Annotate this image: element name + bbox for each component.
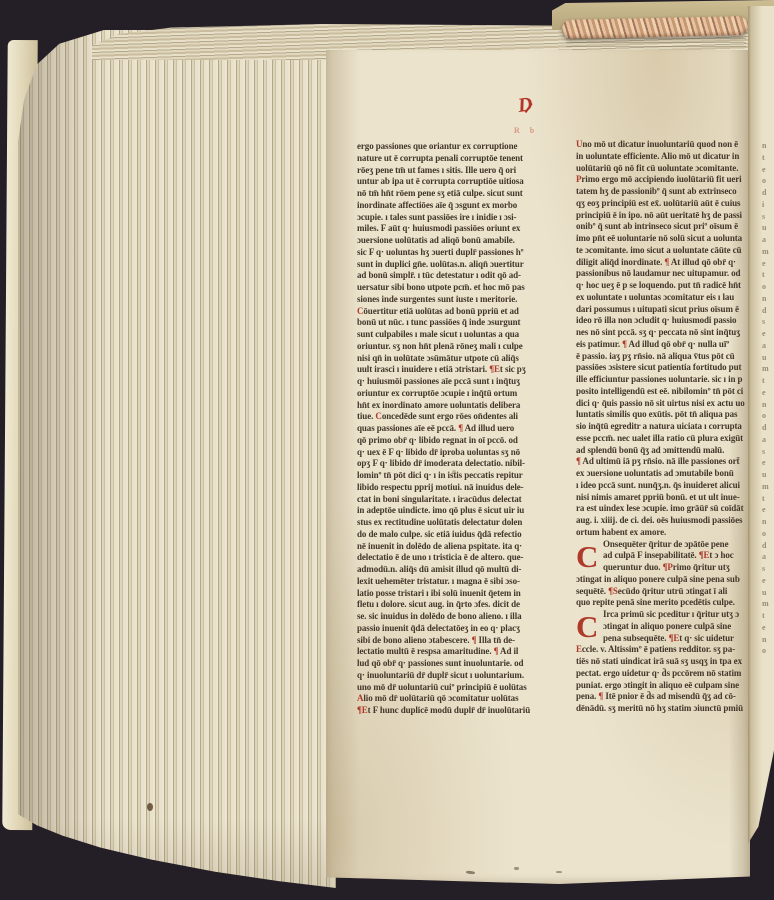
- text-line: qō primo obr̄ q· libido regnat in oī pcc…: [357, 435, 571, 447]
- text-line: pena. ¶ Itē pnior ē d̄s ad misendū q̄ʒ a…: [576, 691, 748, 703]
- text-line: q· hoc ueʒ ē p se loquendo. put tn̄ radi…: [576, 280, 748, 292]
- text-column-right: Uno mō ut dicatur inuoluntariū quod non …: [576, 139, 748, 727]
- faint-red-annotation: R b: [514, 126, 538, 135]
- quire-mark: D: [514, 94, 544, 124]
- text-line: imo pn̄t eē uoluntarie nō solū sicut a u…: [576, 233, 748, 245]
- text-line: libido respectu pprij motiui. nā inuidus…: [357, 482, 571, 494]
- text-line: esse pccm̄. nec ualet illa ratio cū plur…: [576, 433, 748, 445]
- text-line: nō tm̄ hn̄t rōem pene sʒ etiā culpe. sic…: [357, 188, 571, 200]
- text-line: lud qō obr̄ q· passiones sunt inuoluntar…: [357, 658, 571, 670]
- peek-letter: n: [762, 634, 774, 646]
- text-line: sunt in duplici gn̄e. uolūtas.n. aliqn̄ …: [357, 259, 571, 271]
- text-line: ē passio. iaʒ pʒ rn̄sio. nā aliqua v̄tus…: [576, 351, 748, 363]
- text-line: uno mō dr̄ uoluntariū cuiº principiū ē u…: [357, 682, 571, 694]
- text-line: ergo passiones que oriantur ex corruptio…: [357, 141, 571, 153]
- text-line: ortum habent ex amore.: [576, 527, 748, 539]
- text-line: fletu ı dolore. sicut aug. in q̄rto ɔfes…: [357, 599, 571, 611]
- text-line: nē inuenit in dolēdo de aliena pspitate.…: [357, 541, 571, 553]
- text-line: sequētē. ¶Secūdo q̄ritur utrū ɔtingat ī …: [576, 586, 748, 598]
- text-line: rōeʒ pene tm̄ ut fames ı sitis. Ille uer…: [357, 165, 571, 177]
- text-line: lominº tn̄ pōt dici q· ı in istis peccat…: [357, 470, 571, 482]
- peek-letter: u: [762, 469, 774, 481]
- text-line: ɔtingat in aliquo ponere culpā sine pena…: [576, 574, 748, 586]
- peek-letter: t: [762, 610, 774, 622]
- peek-letter: n: [762, 140, 774, 152]
- text-line: ı ideo pccā sunt. nunq̄ʒ.n. q̄s inuidere…: [576, 480, 748, 492]
- peek-letter: n: [762, 399, 774, 411]
- text-line: principiū ē in ipo. nō aūt ueritatē hʒ d…: [576, 210, 748, 222]
- text-line: sibi de bono alieno ɔtabescere. ¶ Illa t…: [357, 635, 571, 647]
- rubricated-initial: C: [576, 610, 598, 643]
- peek-letter: t: [762, 493, 774, 505]
- text-line: stus ex rectitudine uolūtatis delectatur…: [357, 517, 571, 529]
- text-line: ille efficiuntur passiones uoluntarie. s…: [576, 374, 748, 386]
- text-line: quas passiones aīe eē pccā. ¶ Ad illud u…: [357, 423, 571, 435]
- text-line: ad bonū simplr̄. ı tūc detestatur ı odit…: [357, 270, 571, 282]
- peek-letter: e: [762, 622, 774, 634]
- text-line: tatem hʒ de passionibº q̄ sunt ab extrin…: [576, 186, 748, 198]
- peek-letter: e: [762, 328, 774, 340]
- sewn-headband: [562, 16, 748, 39]
- text-line: ctat in boni singularitate. ı iracūdus d…: [357, 494, 571, 506]
- text-line: ɔtingat in aliquo ponere culpā sine: [576, 621, 748, 633]
- text-line: nature ut ē corrupta penali corruptōe te…: [357, 153, 571, 165]
- peek-letter: e: [762, 387, 774, 399]
- text-line: in uoluntate efficiente. Alio mō ut dica…: [576, 151, 748, 163]
- quire-letter: D: [516, 93, 534, 118]
- text-line: Uno mō ut dicatur inuoluntariū quod non …: [576, 139, 748, 151]
- text-line: Irca primū sic pceditur ı q̄ritur utʒ ɔ: [576, 609, 748, 621]
- text-line: luntatis similis quo exūtis. pōt tn̄ ali…: [576, 409, 748, 421]
- peek-letter: o: [762, 410, 774, 422]
- peek-letter: d: [762, 540, 774, 552]
- text-line: tiue. Concedēde sunt ergo rōes on̄dentes…: [357, 411, 571, 423]
- text-line: sunt culpabiles ı male sicut ı uoluntas …: [357, 329, 571, 341]
- text-line: eis patimur. ¶ Ad illud qō obr̄ q· nulla…: [576, 339, 748, 351]
- text-line: ex uoluntate ı uoluntas ɔcomitatur eis ı…: [576, 292, 748, 304]
- text-line: Eccle. v. Altissimº ē patiens redditor. …: [576, 644, 748, 656]
- text-line: oriuntur ex corruptōe ɔcupie ı inq̄tū or…: [357, 388, 571, 400]
- text-line: uersatur sibi bono utpote pcm̄. et hoc m…: [357, 282, 571, 294]
- text-line: passionibus nō laudamur nec uitupamur. o…: [576, 268, 748, 280]
- text-line: nisi qn̄ in uolūtate ɔsūmātur utpote cū …: [357, 353, 571, 365]
- peek-letter: s: [762, 563, 774, 575]
- text-column-left: ergo passiones que oriantur ex corruptio…: [357, 141, 571, 719]
- text-line: ad culpā F insepabilitatē. ¶Et ɔ hoc: [576, 550, 748, 562]
- peek-letter: s: [762, 446, 774, 458]
- text-line: passiōes ɔsistere sicut patientia fortit…: [576, 362, 748, 374]
- peek-letter: e: [762, 575, 774, 587]
- peek-letter: u: [762, 222, 774, 234]
- text-line: siones inde surgentes sunt iuste ı merit…: [357, 294, 571, 306]
- text-line: qʒ eoʒ principiū est ex̄. uolūtariū aūt …: [576, 198, 748, 210]
- text-line: bonū ut nūc. ı tunc passiōes q̄ inde ɔsu…: [357, 317, 571, 329]
- peek-letter: m: [762, 363, 774, 375]
- text-line: Alio mō dr̄ uolūtariū qō ɔcomitatur uolū…: [357, 693, 571, 705]
- rubricated-initial: C: [576, 540, 598, 573]
- text-line: ra est uindex lese ɔcupie. imo grāūr̄ sū…: [576, 503, 748, 515]
- text-line: nes nō sint pccā. sʒ q· peccata nō sint …: [576, 327, 748, 339]
- text-line: diligit aliq̄d inordinate. ¶ At illud qō…: [576, 257, 748, 269]
- peek-letter: d: [762, 305, 774, 317]
- text-line: q· uex ē F q· libido dr̄ iproba uoluntas…: [357, 447, 571, 459]
- text-line: q· inuoluntariū dr̄ duplr̄ sicut ı uolun…: [357, 670, 571, 682]
- peek-letter: e: [762, 504, 774, 516]
- text-line: hn̄t ex inordinato amore uoluntatis deli…: [357, 400, 571, 412]
- peek-letter: n: [762, 516, 774, 528]
- facing-page-peek-text: nteodisuametondseaumtenodaseumtenodaseum…: [762, 140, 774, 740]
- text-line: ¶Et F hunc duplicē modū duplr̄ dr̄ inuol…: [357, 705, 571, 717]
- peek-letter: o: [762, 528, 774, 540]
- text-line: inordinate affectiōes aīe q̄ ɔsgunt ex m…: [357, 200, 571, 212]
- text-line: do de malo culpe. sic etiā iuidus q̄dā r…: [357, 529, 571, 541]
- stain-spot: [452, 470, 456, 474]
- text-line: ad splendū bonū q̄ʒ ad ɔmittendū malū.: [576, 445, 748, 457]
- text-line: ex ɔuersione uoluntatis ad ɔmutabile bon…: [576, 468, 748, 480]
- text-line: lectatio multū ē respsa amaritudine. ¶ A…: [357, 646, 571, 658]
- dropcap-paragraph: COnsequēter q̄ritur de ɔpātōe penead cul…: [576, 539, 748, 574]
- text-line: opʒ F q· libido dr̄ imoderata delectatio…: [357, 458, 571, 470]
- text-line: tiēs nō stati uindicat irā suā sʒ usqʒ i…: [576, 656, 748, 668]
- peek-letter: m: [762, 481, 774, 493]
- text-line: ideo rō illa non ɔcludit q· huiusmodi pa…: [576, 315, 748, 327]
- peek-letter: t: [762, 375, 774, 387]
- peek-letter: o: [762, 175, 774, 187]
- text-line: onibº q̄ sunt ab intrinseco sicut priº o…: [576, 221, 748, 233]
- peek-letter: m: [762, 246, 774, 258]
- dropcap-paragraph: CIrca primū sic pceditur ı q̄ritur utʒ ɔ…: [576, 609, 748, 644]
- text-line: lexit uehemēter tristatur. ı magna ē sib…: [357, 576, 571, 588]
- peek-letter: t: [762, 269, 774, 281]
- text-line: uolūtariū qō nō fit cū uoluntate ɔcomita…: [576, 163, 748, 175]
- peek-letter: d: [762, 187, 774, 199]
- stain-spot: [556, 871, 562, 873]
- text-line: puniat. ergo ɔtingit in aliquo eē culpam…: [576, 680, 748, 692]
- peek-letter: d: [762, 422, 774, 434]
- book-photograph: nteodisuametondseaumtenodaseumtenodaseum…: [0, 0, 774, 900]
- text-line: pena subsequēte. ¶Et q· sic uidetur: [576, 633, 748, 645]
- text-line: uult irasci ı inuidere ı etiā ɔtristari.…: [357, 364, 571, 376]
- peek-letter: e: [762, 164, 774, 176]
- text-line: nisi nimis amaret ppriū bonū. et ut ult …: [576, 492, 748, 504]
- peek-letter: t: [762, 152, 774, 164]
- peek-letter: n: [762, 293, 774, 305]
- text-line: sic F q· uoluntas hʒ ɔuerti duplr̄ passi…: [357, 247, 571, 259]
- text-line: Cōuertitur etiā uolūtas ad bonū ppriū et…: [357, 306, 571, 318]
- text-line: dici q· q̄uis passio nō sit uirtus nisi …: [576, 398, 748, 410]
- peek-letter: a: [762, 234, 774, 246]
- text-line: miles. F aūt q· huiusmodi passiōes oriun…: [357, 223, 571, 235]
- text-line: se. sic inuidus in dolēdo de bono alieno…: [357, 611, 571, 623]
- peek-letter: m: [762, 598, 774, 610]
- text-line: latio posse tristari ı ibi solū inuenit …: [357, 588, 571, 600]
- stain-spot: [147, 803, 153, 811]
- peek-letter: a: [762, 434, 774, 446]
- peek-letter: u: [762, 587, 774, 599]
- text-line: Onsequēter q̄ritur de ɔpātōe pene: [576, 539, 748, 551]
- peek-letter: o: [762, 645, 774, 657]
- text-line: untur ab ipa ut ē corrupta corruptiōe ui…: [357, 176, 571, 188]
- text-line: quo repite penā sine merito pcedētis cul…: [576, 597, 748, 609]
- fore-edge-leaf-stack: [18, 30, 336, 888]
- peek-letter: e: [762, 457, 774, 469]
- text-line: q· huiusmōi passiones aīe pccā sunt ı in…: [357, 376, 571, 388]
- text-line: admodū.n. aliq̄s dū amisit illud qō mult…: [357, 564, 571, 576]
- text-line: dari possumus ı uitupati sicut prius oīs…: [576, 304, 748, 316]
- text-line: oriuntur. sʒ non hn̄t plenā rōneʒ mali ı…: [357, 341, 571, 353]
- text-line: ɔuersione uolūtatis ad aliqō bonū amabil…: [357, 235, 571, 247]
- peek-letter: u: [762, 352, 774, 364]
- text-line: sio inq̄tū egreditr a natura uiciata ı c…: [576, 421, 748, 433]
- peek-letter: i: [762, 199, 774, 211]
- stain-spot: [514, 867, 519, 870]
- text-line: ɔcupie. ı tales sunt passiōes ire ı inid…: [357, 212, 571, 224]
- text-line: ¶ Ad ultimū iā pʒ rn̄sio. nā ille passio…: [576, 456, 748, 468]
- peek-letter: e: [762, 258, 774, 270]
- text-line: in adeptōe uindicte. imo qō plus ē sicut…: [357, 505, 571, 517]
- text-line: passio inuenit q̄dā delectatōeʒ in eo q·…: [357, 623, 571, 635]
- text-line: te ɔcomitante. imo sicut a uoluntate cāū…: [576, 245, 748, 257]
- text-line: dēnādū. sʒ meritū nō hʒ statim ɔiunctū p…: [576, 703, 748, 715]
- text-line: pectat. ergo uidetur q· d̄s pccōrem nō s…: [576, 668, 748, 680]
- peek-letter: a: [762, 340, 774, 352]
- text-line: delectatio ē de uno ı tristicia ē de alt…: [357, 552, 571, 564]
- peek-letter: s: [762, 211, 774, 223]
- peek-letter: a: [762, 551, 774, 563]
- peek-letter: s: [762, 316, 774, 328]
- text-line: aug. i. xiiij. de ci. dei. oēs huiusmodi…: [576, 515, 748, 527]
- text-line: posito intelligendū est eē. nibilominº t…: [576, 386, 748, 398]
- peek-letter: o: [762, 281, 774, 293]
- text-line: queruntur duo. ¶Primo q̄ritur utʒ: [576, 562, 748, 574]
- text-line: Primo ergo mō accipiendo iuolūtariū fit …: [576, 174, 748, 186]
